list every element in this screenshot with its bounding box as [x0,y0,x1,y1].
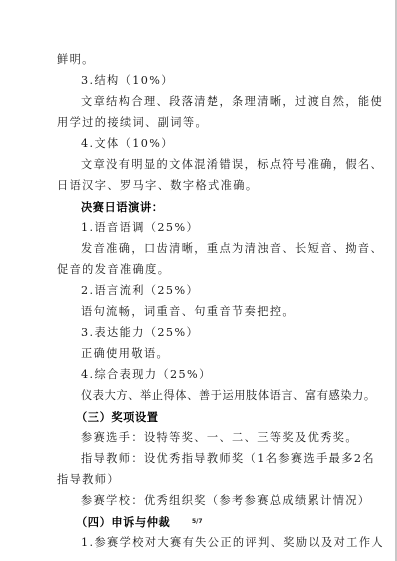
body-text: 发音准确，口齿清晰，重点为清浊音、长短音、拗音、 [81,242,361,256]
body-text: 参赛学校：优秀组织奖（参考参赛总成绩累计情况） [81,494,361,508]
body-text: 文章没有明显的文体混淆错误，标点符号准确，假名、 [81,158,361,172]
criterion-style: 4.文体（10%） [81,137,361,151]
body-text: 仪表大方、举止得体、善于运用肢体语言、富有感染力。 [81,389,361,403]
heading-final-speech: 决赛日语演讲： [81,200,361,214]
page-number: 5/7 [192,518,203,525]
body-text: 用学过的接续词、副词等。 [57,116,337,130]
document-page: 鲜明。 3.结构（10%） 文章结构合理、段落清楚，条理清晰，过渡自然，能使 用… [0,0,397,561]
criterion-expression: 3.表达能力（25%） [81,326,361,340]
criterion-pronunciation: 1.语音语调（25%） [81,221,361,235]
body-text: 文章结构合理、段落清楚，条理清晰，过渡自然，能使 [81,95,361,109]
body-text: 日语汉字、罗马字、数字格式准确。 [57,179,337,193]
section-heading-awards: （三）奖项设置 [76,410,356,424]
criterion-performance: 4.综合表现力（25%） [81,368,361,382]
body-text: 参赛选手：设特等奖、一、二、三等奖及优秀奖。 [81,431,361,445]
body-text: 指导教师） [57,473,337,487]
criterion-structure: 3.结构（10%） [81,74,361,88]
body-text: 语句流畅，词重音、句重音节奏把控。 [81,305,361,319]
body-text: 鲜明。 [57,53,337,67]
criterion-fluency: 2.语言流利（25%） [81,284,361,298]
body-text: 促音的发音准确度。 [57,263,337,277]
body-text: 1.参赛学校对大赛有失公正的评判、奖励以及对工作人 [81,536,361,550]
body-text: 正确使用敬语。 [81,347,361,361]
section-heading-appeals: （四）申诉与仲裁 [76,515,356,529]
body-text: 指导教师：设优秀指导教师奖（1名参赛选手最多2名 [81,452,361,466]
